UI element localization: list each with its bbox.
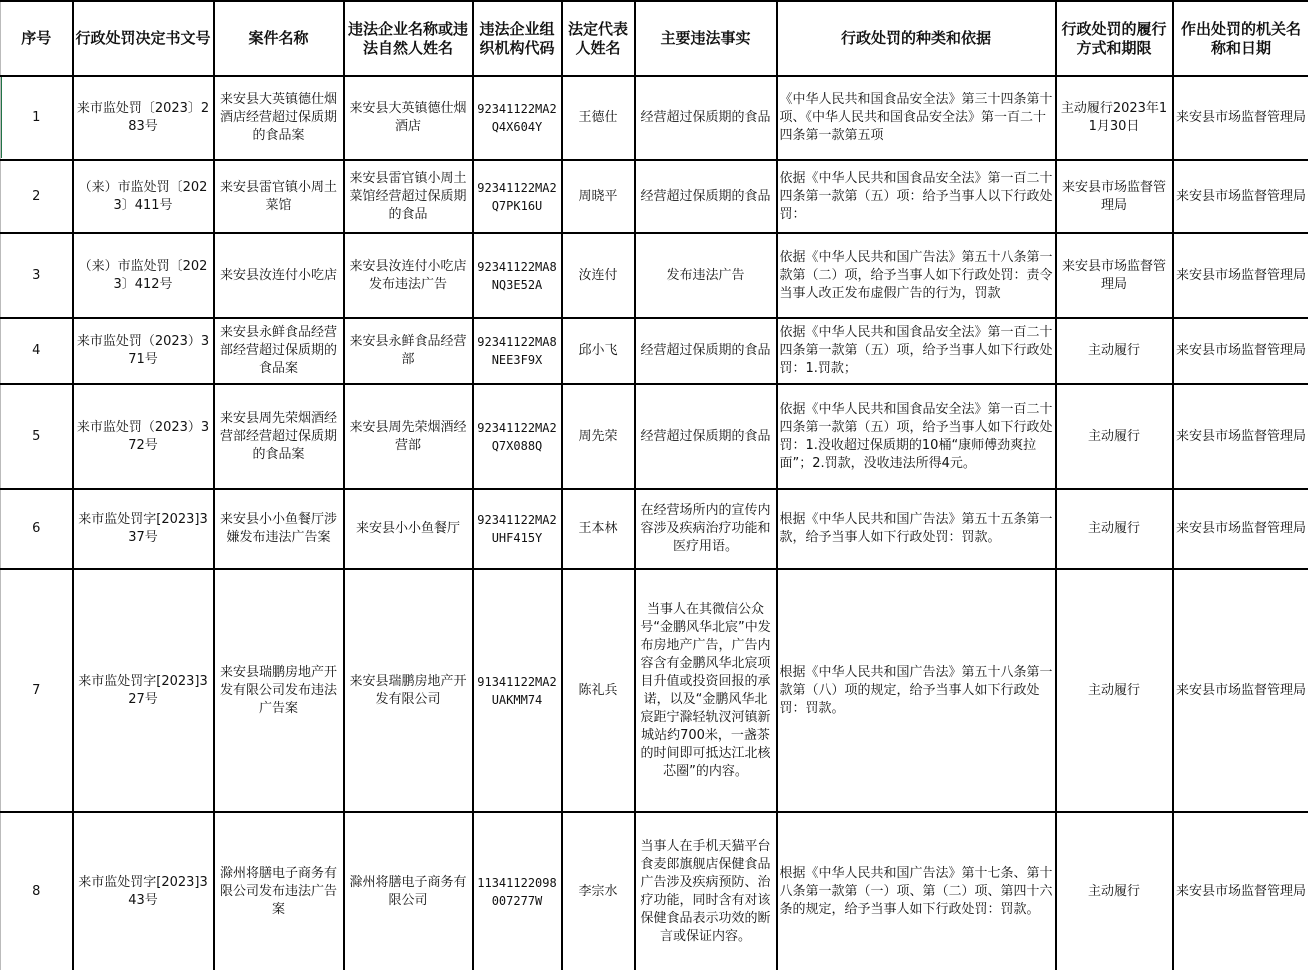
cell-org-code[interactable]: 92341122MA2UHF415Y bbox=[473, 489, 562, 569]
cell-authority[interactable]: 来安县市场监督管理局 bbox=[1173, 318, 1308, 384]
cell-org-code[interactable]: 11341122098007277W bbox=[473, 812, 562, 970]
cell-doc-no[interactable]: 来市监处罚〔2023〕283号 bbox=[73, 76, 214, 160]
cell-no[interactable]: 6 bbox=[1, 489, 73, 569]
cell-case-name[interactable]: 滁州将膳电子商务有限公司发布违法广告案 bbox=[214, 812, 344, 970]
header-row: 序号 行政处罚决定书文号 案件名称 违法企业名称或违法自然人姓名 违法企业组织机… bbox=[1, 1, 1308, 76]
cell-facts[interactable]: 发布违法广告 bbox=[635, 233, 777, 318]
cell-org-code[interactable]: 92341122MA2Q4X604Y bbox=[473, 76, 562, 160]
cell-basis[interactable]: 依据《中华人民共和国食品安全法》第一百二十四条第一款第（五）项：给予当事人以下行… bbox=[777, 160, 1056, 233]
header-case-name[interactable]: 案件名称 bbox=[214, 1, 344, 76]
cell-legal-rep[interactable]: 李宗水 bbox=[562, 812, 635, 970]
cell-authority[interactable]: 来安县市场监督管理局 bbox=[1173, 812, 1308, 970]
cell-org-code[interactable]: 91341122MA2UAKMM74 bbox=[473, 569, 562, 812]
cell-facts[interactable]: 经营超过保质期的食品 bbox=[635, 160, 777, 233]
table-row: 6 来市监处罚字[2023]337号 来安县小小鱼餐厅涉嫌发布违法广告案 来安县… bbox=[1, 489, 1308, 569]
table-row: 8 来市监处罚字[2023]343号 滁州将膳电子商务有限公司发布违法广告案 滁… bbox=[1, 812, 1308, 970]
cell-legal-rep[interactable]: 王本林 bbox=[562, 489, 635, 569]
cell-authority[interactable]: 来安县市场监督管理局 bbox=[1173, 569, 1308, 812]
cell-performance[interactable]: 来安县市场监督管理局 bbox=[1056, 160, 1173, 233]
cell-no[interactable]: 2 bbox=[1, 160, 73, 233]
cell-basis[interactable]: 《中华人民共和国食品安全法》第三十四条第十项、《中华人民共和国食品安全法》第一百… bbox=[777, 76, 1056, 160]
cell-authority[interactable]: 来安县市场监督管理局 bbox=[1173, 233, 1308, 318]
cell-no[interactable]: 8 bbox=[1, 812, 73, 970]
table-row: 3 （来）市监处罚〔2023〕412号 来安县汝连付小吃店 来安县汝连付小吃店发… bbox=[1, 233, 1308, 318]
cell-party[interactable]: 来安县周先荣烟酒经营部 bbox=[344, 384, 473, 489]
cell-no[interactable]: 7 bbox=[1, 569, 73, 812]
cell-basis[interactable]: 依据《中华人民共和国食品安全法》第一百二十四条第一款第（五）项，给予当事人如下行… bbox=[777, 318, 1056, 384]
table-row: 4 来市监处罚（2023）371号 来安县永鲜食品经营部经营超过保质期的食品案 … bbox=[1, 318, 1308, 384]
header-no[interactable]: 序号 bbox=[1, 1, 73, 76]
cell-party[interactable]: 来安县永鲜食品经营部 bbox=[344, 318, 473, 384]
cell-facts[interactable]: 在经营场所内的宣传内容涉及疾病治疗功能和医疗用语。 bbox=[635, 489, 777, 569]
cell-legal-rep[interactable]: 陈礼兵 bbox=[562, 569, 635, 812]
cell-legal-rep[interactable]: 王德仕 bbox=[562, 76, 635, 160]
cell-legal-rep[interactable]: 周晓平 bbox=[562, 160, 635, 233]
cell-facts[interactable]: 经营超过保质期的食品 bbox=[635, 76, 777, 160]
cell-case-name[interactable]: 来安县小小鱼餐厅涉嫌发布违法广告案 bbox=[214, 489, 344, 569]
header-authority[interactable]: 作出处罚的机关名称和日期 bbox=[1173, 1, 1308, 76]
cell-party[interactable]: 来安县大英镇德仕烟酒店 bbox=[344, 76, 473, 160]
cell-facts[interactable]: 当事人在手机天猫平台食麦郎旗舰店保健食品广告涉及疾病预防、治疗功能，同时含有对该… bbox=[635, 812, 777, 970]
cell-org-code[interactable]: 92341122MA8NEE3F9X bbox=[473, 318, 562, 384]
cell-case-name[interactable]: 来安县瑞鹏房地产开发有限公司发布违法广告案 bbox=[214, 569, 344, 812]
cell-doc-no[interactable]: （来）市监处罚〔2023〕412号 bbox=[73, 233, 214, 318]
cell-basis[interactable]: 依据《中华人民共和国广告法》第五十八条第一款第（二）项，给予当事人如下行政处罚：… bbox=[777, 233, 1056, 318]
cell-doc-no[interactable]: （来）市监处罚〔2023〕411号 bbox=[73, 160, 214, 233]
cell-authority[interactable]: 来安县市场监督管理局 bbox=[1173, 489, 1308, 569]
cell-doc-no[interactable]: 来市监处罚（2023）371号 bbox=[73, 318, 214, 384]
cell-facts[interactable]: 当事人在其微信公众号“金鹏风华北宸”中发布房地产广告，广告内容含有金鹏风华北宸项… bbox=[635, 569, 777, 812]
cell-no[interactable]: 1 bbox=[1, 76, 73, 160]
cell-org-code[interactable]: 92341122MA8NQ3E52A bbox=[473, 233, 562, 318]
cell-no[interactable]: 3 bbox=[1, 233, 73, 318]
header-facts[interactable]: 主要违法事实 bbox=[635, 1, 777, 76]
cell-performance[interactable]: 主动履行 bbox=[1056, 569, 1173, 812]
cell-party[interactable]: 来安县瑞鹏房地产开发有限公司 bbox=[344, 569, 473, 812]
header-basis[interactable]: 行政处罚的种类和依据 bbox=[777, 1, 1056, 76]
cell-performance[interactable]: 主动履行 bbox=[1056, 489, 1173, 569]
header-party[interactable]: 违法企业名称或违法自然人姓名 bbox=[344, 1, 473, 76]
cell-party[interactable]: 滁州将膳电子商务有限公司 bbox=[344, 812, 473, 970]
cell-case-name[interactable]: 来安县大英镇德仕烟酒店经营超过保质期的食品案 bbox=[214, 76, 344, 160]
cell-authority[interactable]: 来安县市场监督管理局 bbox=[1173, 160, 1308, 233]
table-row: 5 来市监处罚（2023）372号 来安县周先荣烟酒经营部经营超过保质期的食品案… bbox=[1, 384, 1308, 489]
cell-performance[interactable]: 主动履行 bbox=[1056, 812, 1173, 970]
cell-facts[interactable]: 经营超过保质期的食品 bbox=[635, 318, 777, 384]
table-row: 1 来市监处罚〔2023〕283号 来安县大英镇德仕烟酒店经营超过保质期的食品案… bbox=[1, 76, 1308, 160]
cell-doc-no[interactable]: 来市监处罚字[2023]337号 bbox=[73, 489, 214, 569]
header-org-code[interactable]: 违法企业组织机构代码 bbox=[473, 1, 562, 76]
cell-legal-rep[interactable]: 汝连付 bbox=[562, 233, 635, 318]
cell-org-code[interactable]: 92341122MA2Q7PK16U bbox=[473, 160, 562, 233]
cell-performance[interactable]: 主动履行2023年11月30日 bbox=[1056, 76, 1173, 160]
cell-party[interactable]: 来安县雷官镇小周土菜馆经营超过保质期的食品 bbox=[344, 160, 473, 233]
cell-basis[interactable]: 根据《中华人民共和国广告法》第十七条、第十八条第一款第（一）项、第（二）项、第四… bbox=[777, 812, 1056, 970]
cell-case-name[interactable]: 来安县周先荣烟酒经营部经营超过保质期的食品案 bbox=[214, 384, 344, 489]
cell-case-name[interactable]: 来安县雷官镇小周土菜馆 bbox=[214, 160, 344, 233]
table-row: 7 来市监处罚字[2023]327号 来安县瑞鹏房地产开发有限公司发布违法广告案… bbox=[1, 569, 1308, 812]
cell-basis[interactable]: 根据《中华人民共和国广告法》第五十八条第一款第（八）项的规定，给予当事人如下行政… bbox=[777, 569, 1056, 812]
table-row: 2 （来）市监处罚〔2023〕411号 来安县雷官镇小周土菜馆 来安县雷官镇小周… bbox=[1, 160, 1308, 233]
cell-basis[interactable]: 依据《中华人民共和国食品安全法》第一百二十四条第一款第（五）项，给予当事人如下行… bbox=[777, 384, 1056, 489]
cell-authority[interactable]: 来安县市场监督管理局 bbox=[1173, 76, 1308, 160]
cell-performance[interactable]: 主动履行 bbox=[1056, 318, 1173, 384]
cell-legal-rep[interactable]: 邱小飞 bbox=[562, 318, 635, 384]
cell-legal-rep[interactable]: 周先荣 bbox=[562, 384, 635, 489]
cell-party[interactable]: 来安县小小鱼餐厅 bbox=[344, 489, 473, 569]
cell-party[interactable]: 来安县汝连付小吃店发布违法广告 bbox=[344, 233, 473, 318]
cell-authority[interactable]: 来安县市场监督管理局 bbox=[1173, 384, 1308, 489]
penalty-table: 序号 行政处罚决定书文号 案件名称 违法企业名称或违法自然人姓名 违法企业组织机… bbox=[0, 0, 1308, 970]
cell-performance[interactable]: 来安县市场监督管理局 bbox=[1056, 233, 1173, 318]
cell-doc-no[interactable]: 来市监处罚（2023）372号 bbox=[73, 384, 214, 489]
cell-org-code[interactable]: 92341122MA2Q7X088Q bbox=[473, 384, 562, 489]
cell-doc-no[interactable]: 来市监处罚字[2023]343号 bbox=[73, 812, 214, 970]
cell-case-name[interactable]: 来安县汝连付小吃店 bbox=[214, 233, 344, 318]
cell-doc-no[interactable]: 来市监处罚字[2023]327号 bbox=[73, 569, 214, 812]
cell-no[interactable]: 5 bbox=[1, 384, 73, 489]
header-performance[interactable]: 行政处罚的履行方式和期限 bbox=[1056, 1, 1173, 76]
cell-no[interactable]: 4 bbox=[1, 318, 73, 384]
header-legal-rep[interactable]: 法定代表人姓名 bbox=[562, 1, 635, 76]
cell-facts[interactable]: 经营超过保质期的食品 bbox=[635, 384, 777, 489]
header-doc-no[interactable]: 行政处罚决定书文号 bbox=[73, 1, 214, 76]
cell-basis[interactable]: 根据《中华人民共和国广告法》第五十五条第一款，给予当事人如下行政处罚：罚款。 bbox=[777, 489, 1056, 569]
cell-performance[interactable]: 主动履行 bbox=[1056, 384, 1173, 489]
cell-case-name[interactable]: 来安县永鲜食品经营部经营超过保质期的食品案 bbox=[214, 318, 344, 384]
